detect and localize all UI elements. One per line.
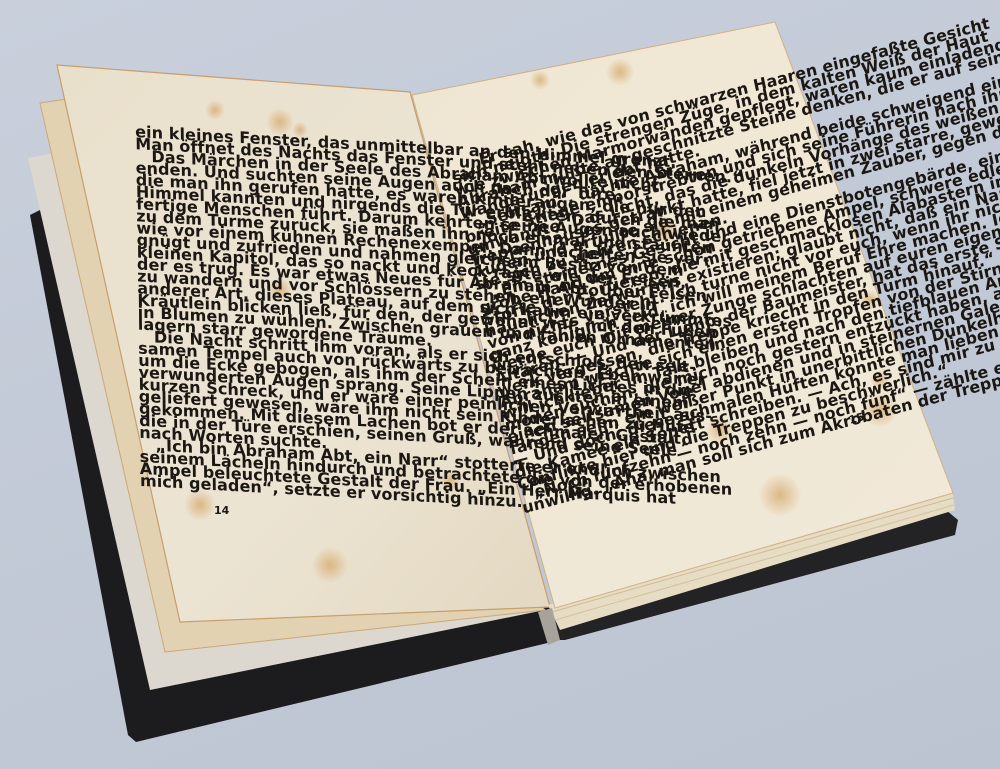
left-page-text: ein kleines Fenster, das unmittelbar an … <box>135 122 460 521</box>
book-photo: ein kleines Fenster, das unmittelbar an … <box>0 0 1000 769</box>
left-page-number: 14 <box>214 504 229 517</box>
